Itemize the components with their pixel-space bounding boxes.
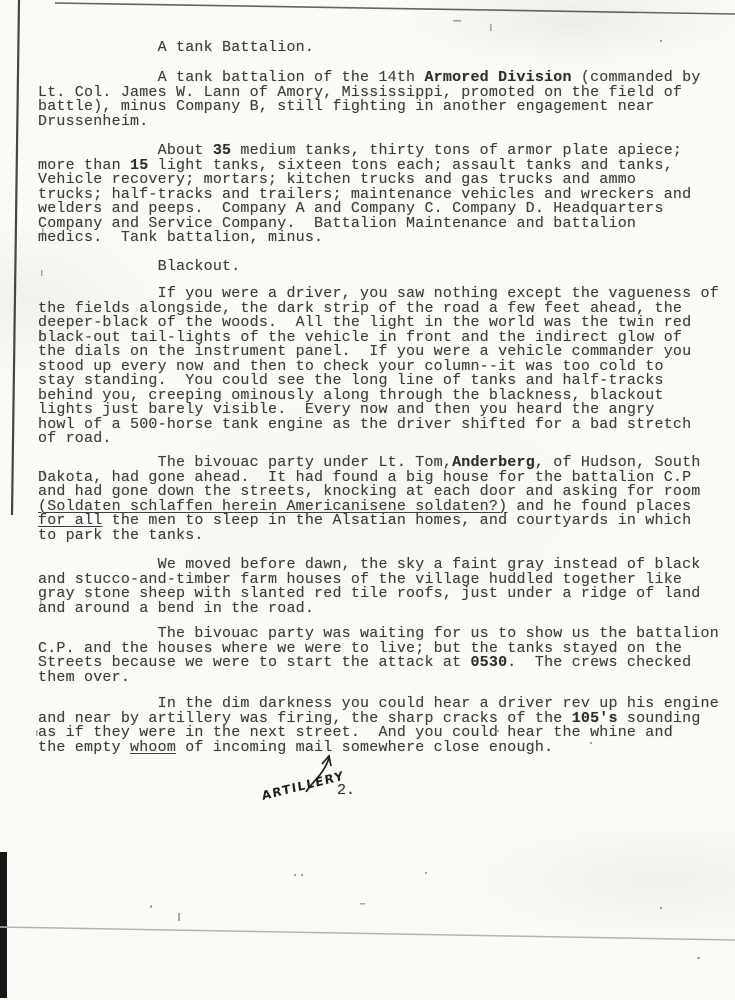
text-line: to park the tanks. xyxy=(38,529,701,544)
text-line: howl of a 500-horse tank engine as the d… xyxy=(38,418,719,433)
text-line: Blackout. xyxy=(38,260,240,275)
paragraph: In the dim darkness you could hear a dri… xyxy=(38,697,719,755)
text-line: Drussenheim. xyxy=(38,115,701,130)
text-line: Streets because we were to start the att… xyxy=(38,656,719,671)
text-line: them over. xyxy=(38,671,719,686)
section-heading: Blackout. xyxy=(38,260,240,275)
page-number: 2. xyxy=(337,782,355,799)
text-line: the empty whoom of incoming mail somewhe… xyxy=(38,741,719,756)
text-line: medics. Tank battalion, minus. xyxy=(38,231,691,246)
document-title: A tank Battalion. xyxy=(38,41,314,56)
paragraph: A tank battalion of the 14th Armored Div… xyxy=(38,71,701,129)
text-line: A tank Battalion. xyxy=(38,41,314,56)
document-page: { "document": { "title": "A tank Battali… xyxy=(0,0,735,1000)
paragraph: The bivouac party under Lt. Tom,Anderber… xyxy=(38,456,701,543)
paragraph: The bivouac party was waiting for us to … xyxy=(38,627,719,685)
text-line: and around a bend in the road. xyxy=(38,602,701,617)
text-line: of road. xyxy=(38,432,719,447)
paragraph: About 35 medium tanks, thirty tons of ar… xyxy=(38,144,691,246)
document-body: A tank Battalion. A tank battalion of th… xyxy=(0,0,735,1000)
paragraph: We moved before dawn, the sky a faint gr… xyxy=(38,558,701,616)
paragraph: If you were a driver, you saw nothing ex… xyxy=(38,287,719,447)
annotation-arrow-icon xyxy=(298,750,342,796)
